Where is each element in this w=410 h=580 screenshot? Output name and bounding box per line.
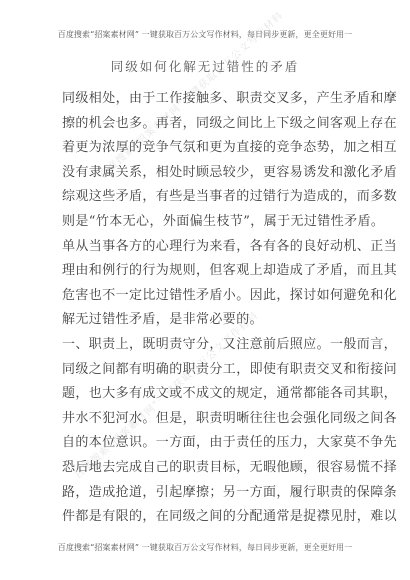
body-text-line: 单从当事各方的心理行为来看，各有各的良好动机、正当: [62, 235, 346, 260]
document-title: 同级如何化解无过错性的矛盾: [0, 57, 410, 75]
body-text-line: 路，造成抢道，引起摩擦；另一方面，履行职责的保障条: [62, 481, 346, 506]
body-text-line: 井水不犯河水。但是，职责明晰往往也会强化同级之间各: [62, 407, 346, 432]
body-text-line: 件都是有限的，在同级之间的分配通常是捉襟见肘，难以: [62, 505, 346, 530]
body-text-line: 理由和例行的行为规则，但客观上却造成了矛盾，而且其: [62, 259, 346, 284]
body-text-line: 危害也不一定比过错性矛盾小。因此，探讨如何避免和化: [62, 284, 346, 309]
body-text-line: 同级之间都有明确的职责分工，即使有职责交叉和衔接问: [62, 358, 346, 383]
body-text-line: 着更为浓厚的竞争气氛和更为直接的竞争态势，加之相互: [62, 136, 346, 161]
header-promo-note: 百度搜索“招案素材网” 一键获取百万公文写作材料，每日同步更新，更全更好用一: [0, 29, 410, 40]
body-text-line: 恐后地去完成自己的职责目标，无暇他顾，很容易慌不择: [62, 456, 346, 481]
document-body: 同级相处，由于工作接触多、职责交叉多，产生矛盾和摩擦的机会也多。再者，同级之间比…: [62, 87, 346, 530]
body-text-line: 则是“竹本无心，外面偏生枝节”，属于无过错性矛盾。: [62, 210, 346, 235]
footer-promo-note: 百度搜索“招案素材网” 一键获取百万公文写作材料，每日同步更新，更全更好用一: [0, 542, 410, 553]
document-page: 百度搜索“招案素材网” 一键获取百万公文写作材料，每日同步更新，更全更好用一 同…: [0, 0, 410, 580]
body-text-line: 同级相处，由于工作接触多、职责交叉多，产生矛盾和摩: [62, 87, 346, 112]
body-text-line: 自的本位意识。一方面，由于责任的压力，大家莫不争先: [62, 431, 346, 456]
body-text-line: 没有隶属关系，相处时顾忌较少，更容易诱发和激化矛盾: [62, 161, 346, 186]
body-text-line: 一、职责上，既明责守分，又注意前后照应。一般而言，: [62, 333, 346, 358]
body-text-line: 擦的机会也多。再者，同级之间比上下级之间客观上存在: [62, 112, 346, 137]
body-text-line: 综观这些矛盾，有些是当事者的过错行为造成的，而多数: [62, 185, 346, 210]
body-text-line: 解无过错性矛盾，是非常必要的。: [62, 308, 346, 333]
body-text-line: 题，也大多有成文或不成文的规定，通常都能各司其职，: [62, 382, 346, 407]
